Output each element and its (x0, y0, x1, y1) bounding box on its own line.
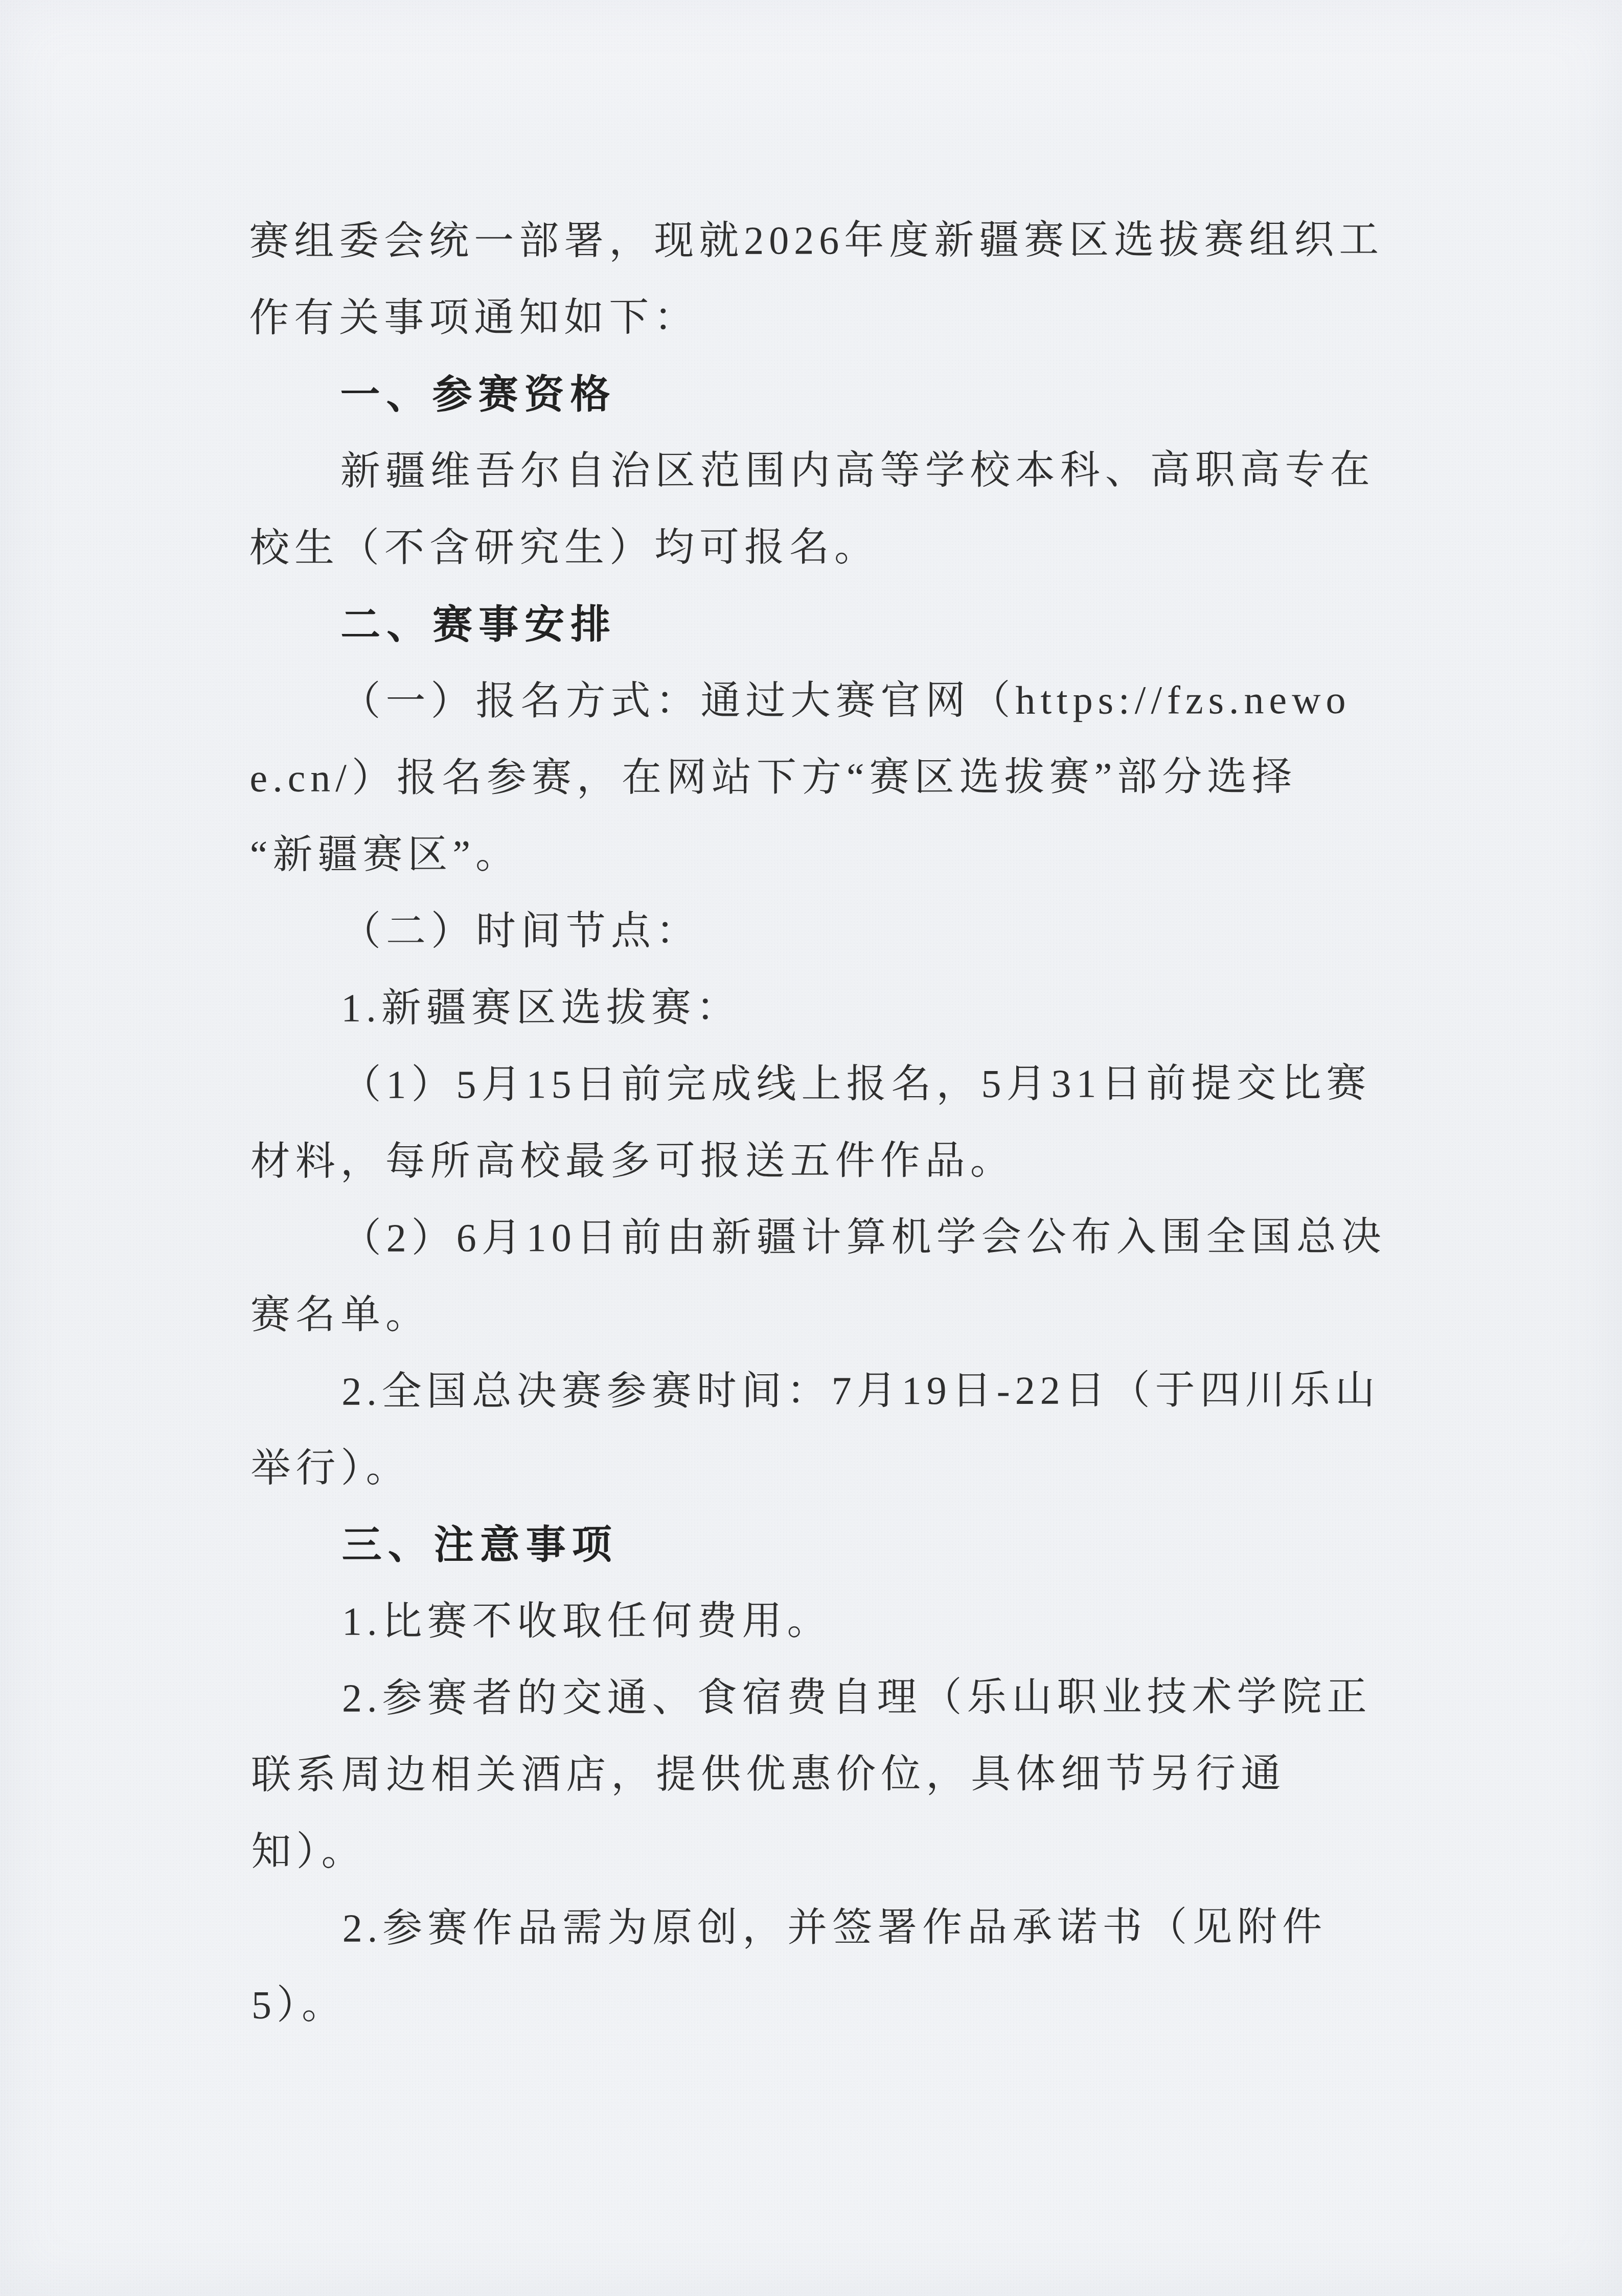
registration-line-2: e.cn/）报名参赛，在网站下方“赛区选拔赛”部分选择 (249, 738, 1398, 816)
eligibility-line-2: 校生（不含研究生）均可报名。 (249, 508, 1398, 586)
intro-line-1: 赛组委会统一部署，现就2026年度新疆赛区选拔赛组织工 (249, 201, 1397, 280)
timeline-item-1-2a: （2）6月10日前由新疆计算机学会公布入围全国总决 (250, 1198, 1399, 1277)
timeline-heading-line: （二）时间节点： (250, 892, 1398, 970)
notice-body: 赛组委会统一部署，现就2026年度新疆赛区选拔赛组织工 作有关事项通知如下： 一… (249, 201, 1400, 2043)
notes-item-2b: 联系周边相关酒店，提供优惠价位，具体细节另行通 (251, 1735, 1399, 1813)
timeline-item-2b: 举行）。 (250, 1428, 1399, 1507)
section-1-heading: 一、参赛资格 (249, 355, 1397, 433)
intro-line-2: 作有关事项通知如下： (249, 278, 1397, 356)
scanned-notice-page: 赛组委会统一部署，现就2026年度新疆赛区选拔赛组织工 作有关事项通知如下： 一… (0, 0, 1622, 2296)
timeline-item-2a: 2.全国总决赛参赛时间：7月19日-22日（于四川乐山 (250, 1352, 1399, 1430)
timeline-item-1-2b: 赛名单。 (250, 1275, 1399, 1353)
notes-item-2a: 2.参赛者的交通、食宿费自理（乐山职业技术学院正 (251, 1658, 1399, 1737)
timeline-item-1-1a: （1）5月15日前完成线上报名，5月31日前提交比赛 (250, 1045, 1398, 1123)
section-2-heading: 二、赛事安排 (249, 585, 1398, 663)
section-3-heading: 三、注意事项 (251, 1505, 1399, 1583)
notes-item-3b: 5）。 (252, 1965, 1400, 2043)
timeline-item-1: 1.新疆赛区选拔赛： (250, 968, 1398, 1047)
notes-item-1: 1.比赛不收取任何费用。 (251, 1582, 1399, 1660)
notes-item-2c: 知）。 (251, 1812, 1399, 1890)
registration-line-3: “新疆赛区”。 (250, 815, 1398, 893)
registration-line-1: （一）报名方式：通过大赛官网（https://fzs.newo (249, 662, 1398, 740)
timeline-item-1-1b: 材料，每所高校最多可报送五件作品。 (250, 1122, 1399, 1200)
eligibility-line-1: 新疆维吾尔自治区范围内高等学校本科、高职高专在 (249, 431, 1398, 510)
notes-item-3a: 2.参赛作品需为原创，并签署作品承诺书（见附件 (252, 1889, 1400, 1967)
